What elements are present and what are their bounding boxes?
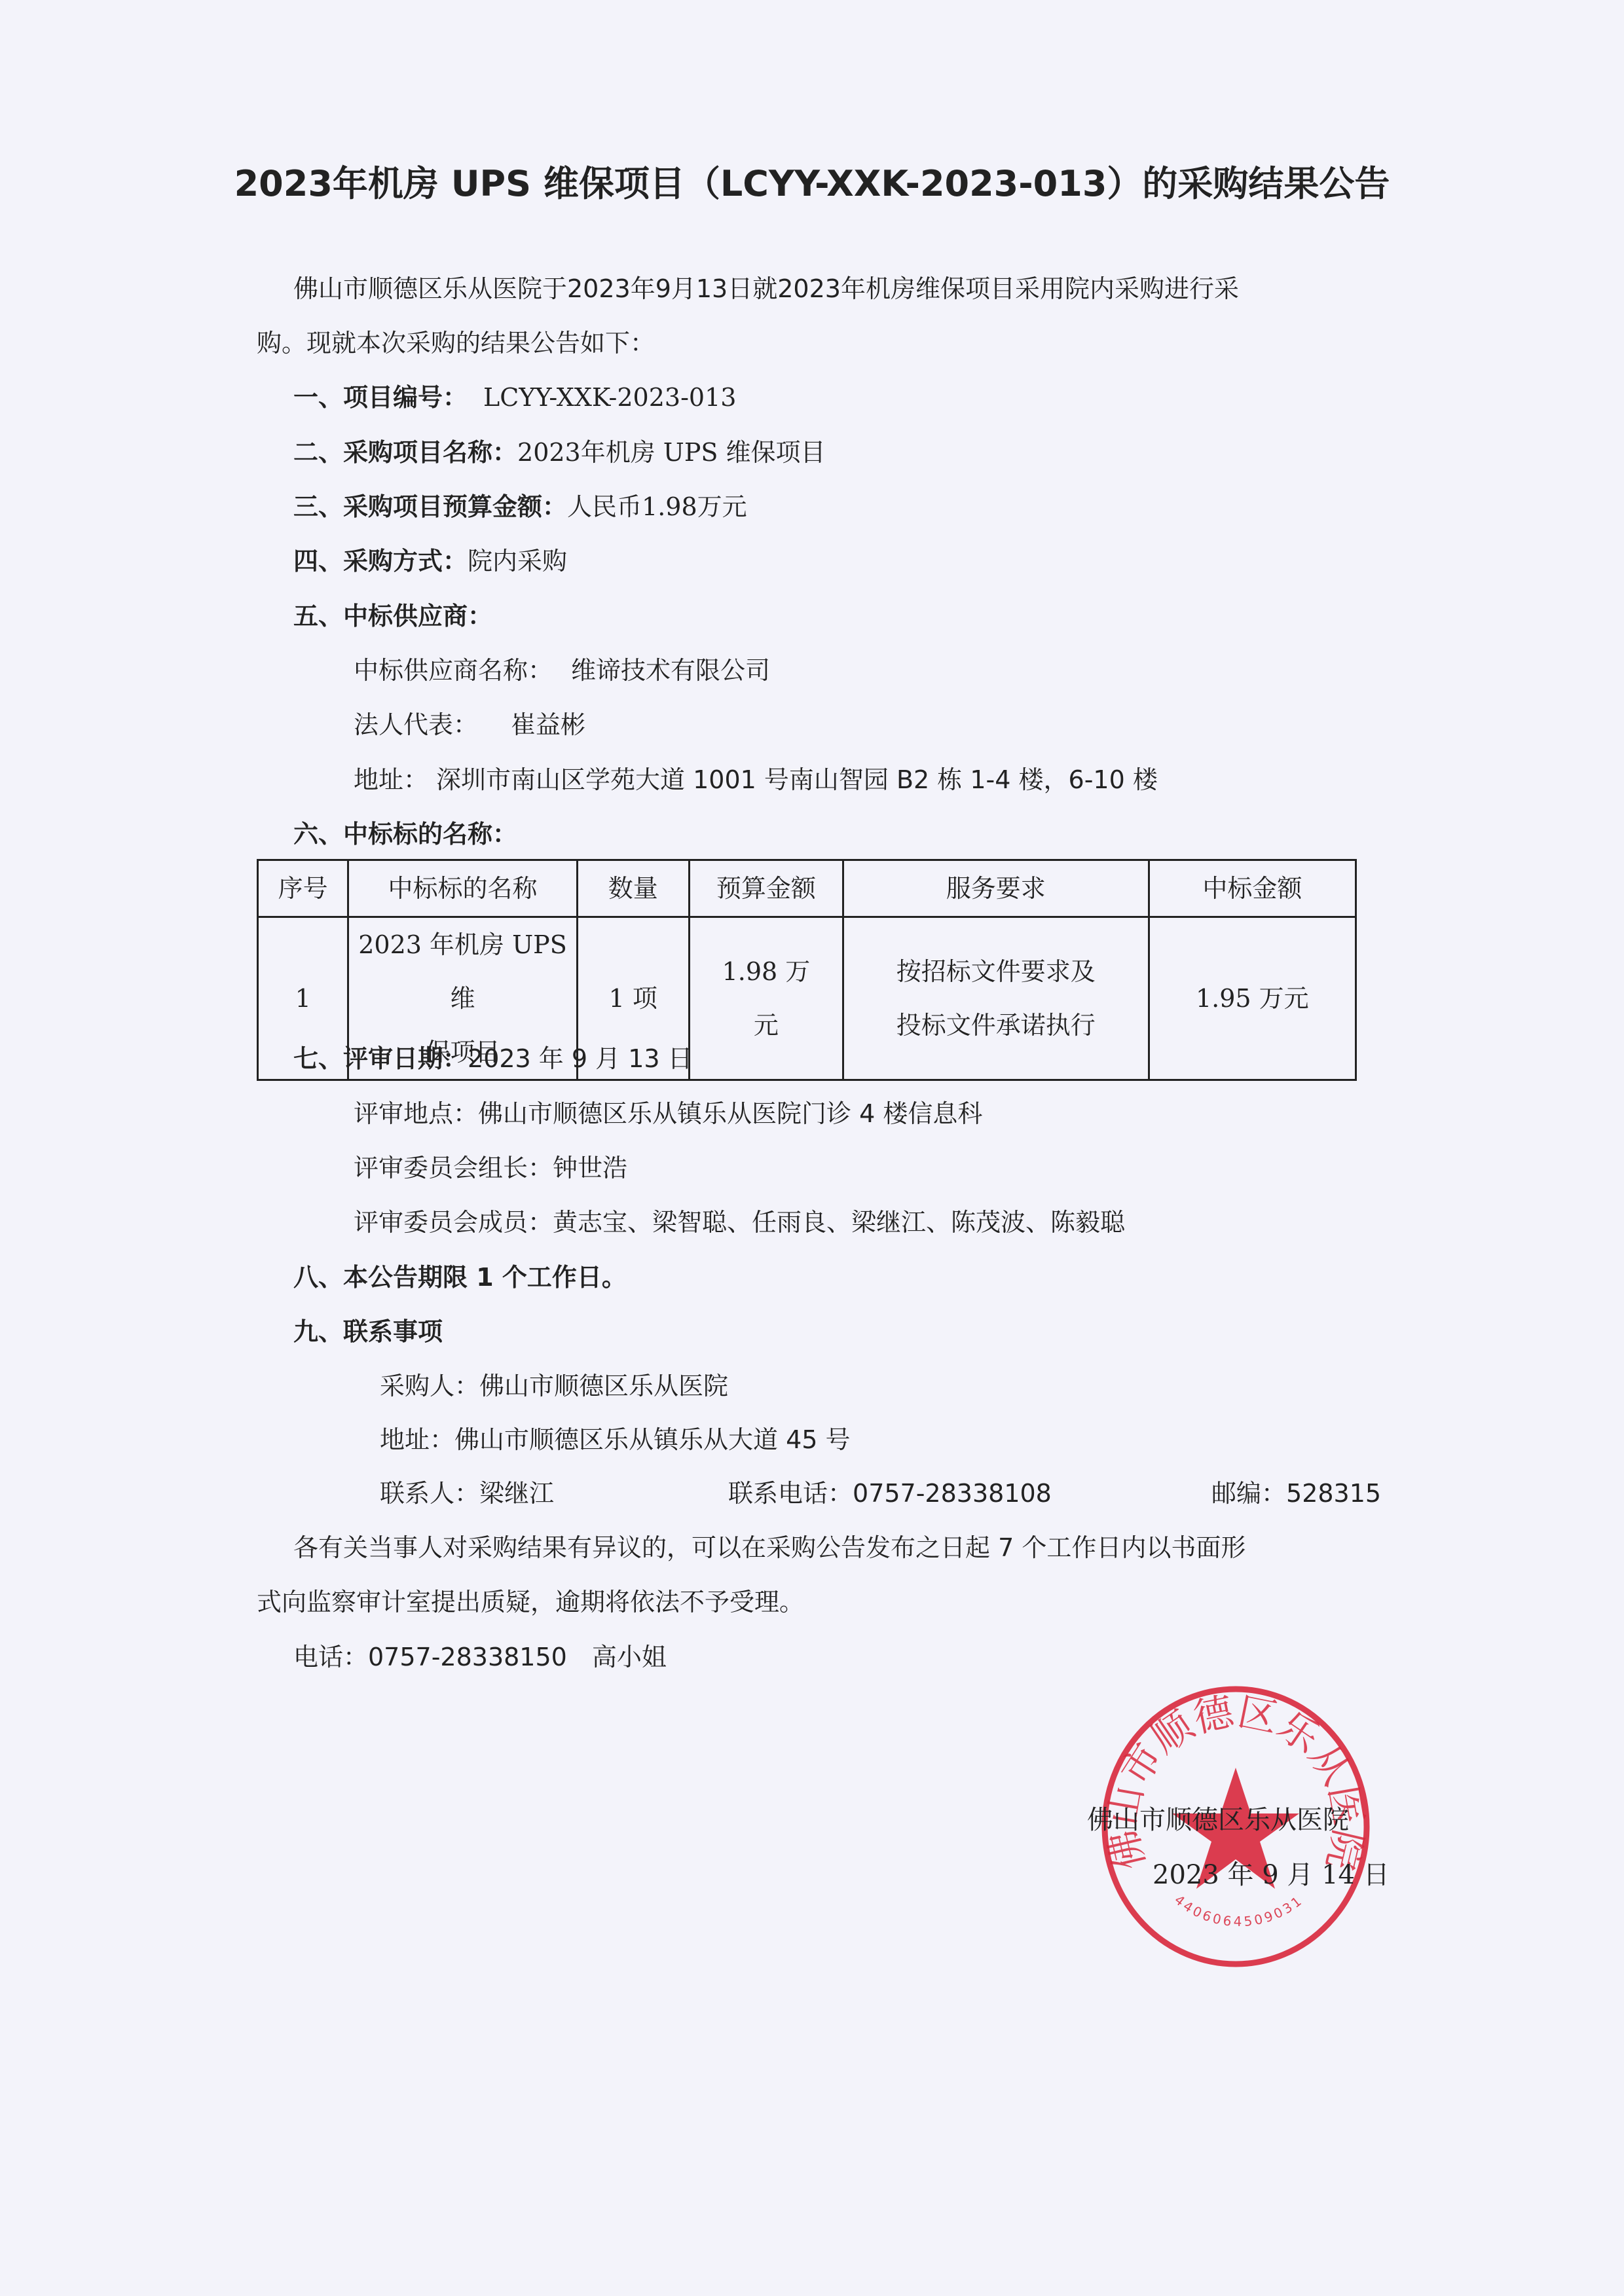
signature-date: 2023 年 9 月 14 日	[1153, 1854, 1390, 1891]
svg-text:4406064509031: 4406064509031	[1172, 1892, 1306, 1930]
section-label: 四、采购方式：	[293, 547, 468, 575]
contact-phone: 0757-28338108	[853, 1479, 1052, 1508]
budget-line-2: 元	[690, 998, 842, 1052]
cell-budget: 1.98 万 元	[689, 917, 843, 1080]
section-contact: 九、联系事项	[293, 1319, 443, 1344]
review-members: 黄志宝、梁智聪、任雨良、梁继江、陈茂波、陈毅聪	[553, 1208, 1125, 1237]
signature-org: 佛山市顺德区乐从医院	[1087, 1799, 1349, 1836]
section-notice-period: 八、本公告期限 1 个工作日。	[293, 1265, 627, 1290]
item-name-line-1: 2023 年机房 UPS 维	[349, 918, 576, 1025]
section-project-number: 一、项目编号：LCYY-XXK-2023-013	[293, 385, 736, 410]
purchaser-address-label: 地址：	[380, 1425, 454, 1454]
postcode-label: 邮编：	[1211, 1479, 1286, 1508]
project-number: LCYY-XXK-2023-013	[483, 383, 736, 412]
contact-person-row: 联系人：梁继江	[380, 1481, 554, 1506]
header-budget: 预算金额	[689, 860, 843, 917]
service-line-2: 投标文件承诺执行	[844, 998, 1148, 1052]
section-review-date: 七、评审日期：2023 年 9 月 13 日	[293, 1046, 693, 1071]
purchaser-address-row: 地址：佛山市顺德区乐从镇乐从大道 45 号	[380, 1427, 851, 1452]
review-leader-label: 评审委员会组长：	[354, 1154, 553, 1182]
review-place-label: 评审地点：	[354, 1099, 478, 1128]
cell-award: 1.95 万元	[1149, 917, 1356, 1080]
supplier-name-row: 中标供应商名称：维谛技术有限公司	[354, 658, 770, 683]
header-service: 服务要求	[843, 860, 1149, 917]
section-winning-supplier: 五、中标供应商：	[293, 604, 492, 629]
supplier-name: 维谛技术有限公司	[571, 656, 770, 685]
header-award: 中标金额	[1149, 860, 1356, 917]
objection-line-2: 式向监察审计室提出质疑，逾期将依法不予受理。	[257, 1590, 804, 1614]
review-leader: 钟世浩	[553, 1154, 627, 1182]
budget-amount: 人民币1.98万元	[567, 492, 747, 521]
supplier-name-label: 中标供应商名称：	[354, 656, 553, 685]
review-leader-row: 评审委员会组长：钟世浩	[354, 1156, 627, 1180]
purchaser-row: 采购人：佛山市顺德区乐从医院	[380, 1374, 728, 1398]
contact-person: 梁继江	[479, 1479, 554, 1508]
section-project-name: 二、采购项目名称：2023年机房 UPS 维保项目	[293, 440, 826, 465]
supplier-address: 深圳市南山区学苑大道 1001 号南山智园 B2 栋 1-4 楼，6-10 楼	[436, 765, 1158, 794]
project-name: 2023年机房 UPS 维保项目	[517, 438, 826, 467]
table-header-row: 序号 中标标的名称 数量 预算金额 服务要求 中标金额	[258, 860, 1356, 917]
supplier-address-label: 地址：	[354, 765, 428, 794]
objection-line-1: 各有关当事人对采购结果有异议的，可以在采购公告发布之日起 7 个工作日内以书面形	[293, 1535, 1246, 1560]
header-quantity: 数量	[577, 860, 689, 917]
section-budget: 三、采购项目预算金额：人民币1.98万元	[293, 494, 747, 519]
review-place: 佛山市顺德区乐从镇乐从医院门诊 4 楼信息科	[478, 1099, 982, 1128]
purchaser: 佛山市顺德区乐从医院	[479, 1372, 728, 1400]
service-line-1: 按招标文件要求及	[844, 945, 1148, 998]
intro-line-2: 购。现就本次采购的结果公告如下：	[257, 331, 655, 355]
purchaser-label: 采购人：	[380, 1372, 479, 1400]
section-label: 三、采购项目预算金额：	[293, 492, 567, 521]
procurement-method: 院内采购	[468, 547, 567, 575]
contact-label: 联系人：	[380, 1479, 479, 1508]
legal-rep-row: 法人代表：崔益彬	[354, 712, 585, 737]
complaint-phone: 电话：0757-28338150 高小姐	[293, 1645, 667, 1669]
supplier-address-row: 地址：深圳市南山区学苑大道 1001 号南山智园 B2 栋 1-4 楼，6-10…	[354, 767, 1158, 792]
cell-service: 按招标文件要求及 投标文件承诺执行	[843, 917, 1149, 1080]
section-winning-item: 六、中标标的名称：	[293, 822, 517, 847]
header-index: 序号	[258, 860, 348, 917]
page-title: 2023年机房 UPS 维保项目（LCYY-XXK-2023-013）的采购结果…	[0, 156, 1624, 206]
budget-line-1: 1.98 万	[690, 945, 842, 998]
review-members-row: 评审委员会成员：黄志宝、梁智聪、任雨良、梁继江、陈茂波、陈毅聪	[354, 1210, 1125, 1235]
legal-rep-label: 法人代表：	[354, 710, 478, 739]
legal-rep: 崔益彬	[511, 710, 585, 739]
review-place-row: 评审地点：佛山市顺德区乐从镇乐从医院门诊 4 楼信息科	[354, 1101, 982, 1126]
section-label: 二、采购项目名称：	[293, 438, 517, 467]
header-item-name: 中标标的名称	[348, 860, 577, 917]
postcode-row: 邮编：528315	[1211, 1481, 1381, 1506]
intro-line-1: 佛山市顺德区乐从医院于2023年9月13日就2023年机房维保项目采用院内采购进…	[293, 276, 1239, 301]
review-members-label: 评审委员会成员：	[354, 1208, 553, 1237]
contact-phone-row: 联系电话：0757-28338108	[728, 1481, 1052, 1506]
purchaser-address: 佛山市顺德区乐从镇乐从大道 45 号	[454, 1425, 851, 1454]
review-date: 2023 年 9 月 13 日	[468, 1044, 693, 1073]
postcode: 528315	[1286, 1479, 1381, 1508]
section-label: 一、项目编号：	[293, 383, 468, 412]
phone-label: 联系电话：	[728, 1479, 853, 1508]
section-method: 四、采购方式：院内采购	[293, 549, 567, 574]
section-label: 七、评审日期：	[293, 1044, 468, 1073]
